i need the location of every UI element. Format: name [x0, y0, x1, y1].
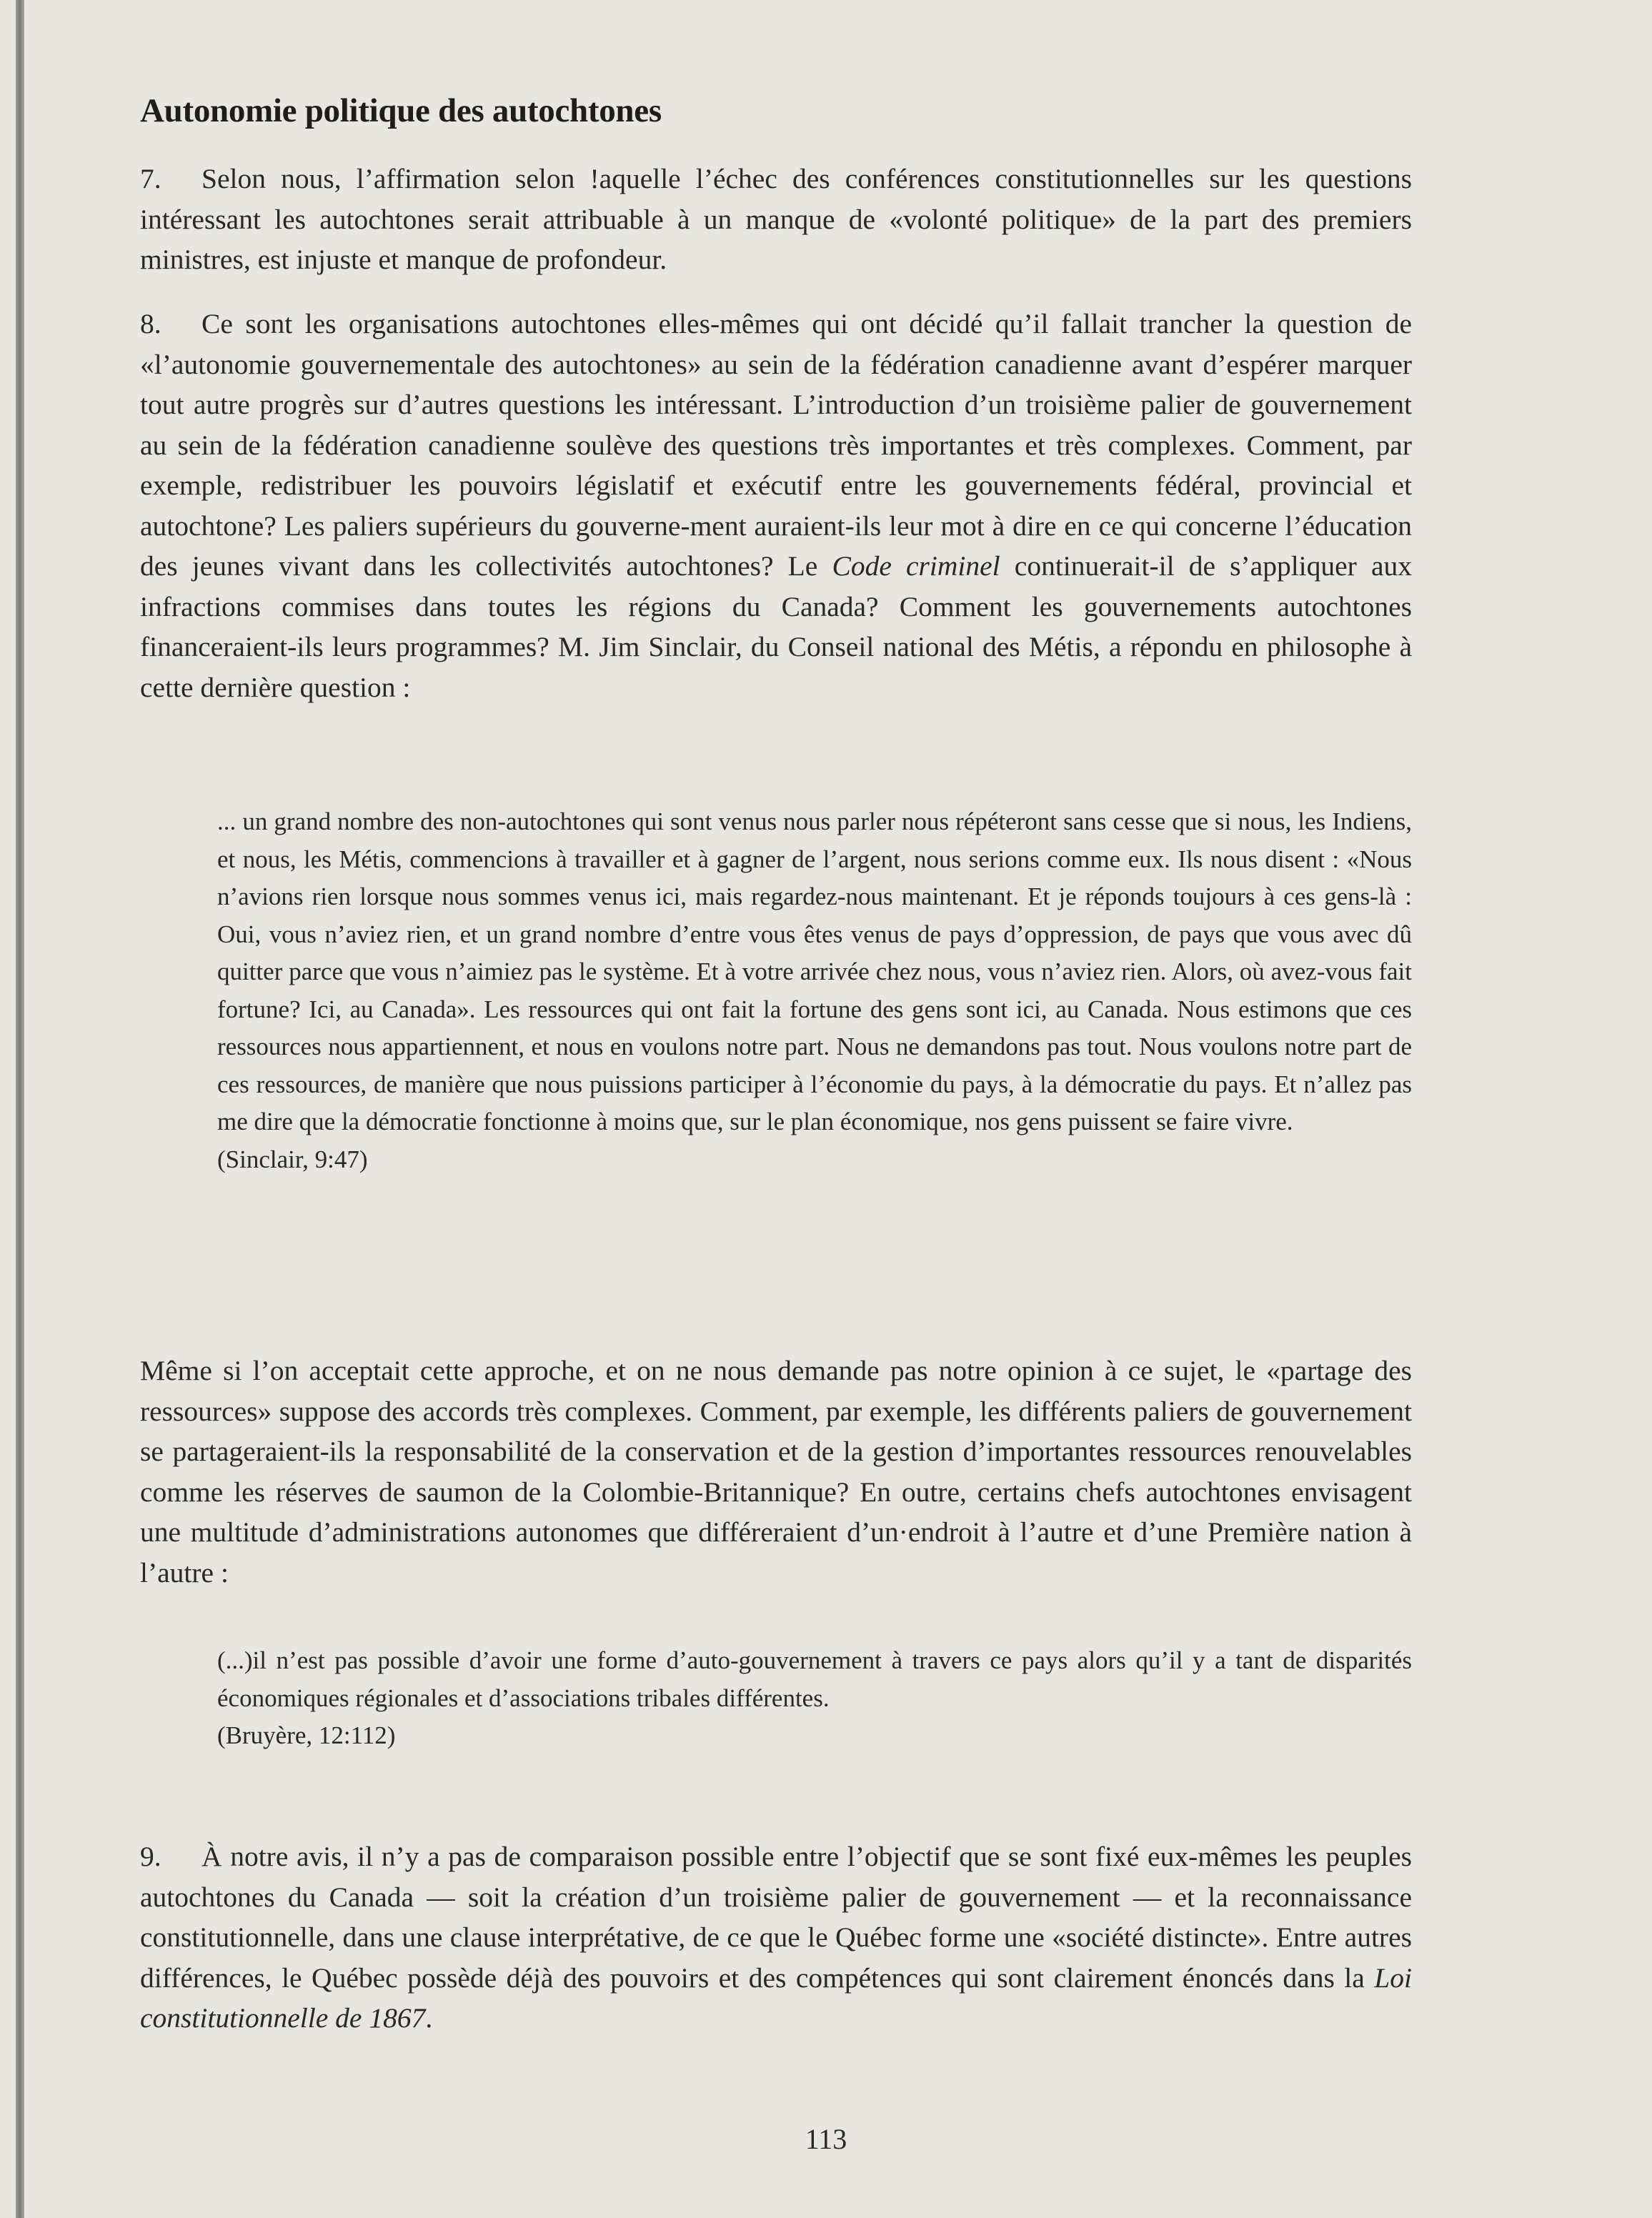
quote-text: (...)il n’est pas possible d’avoir une f…	[217, 1642, 1412, 1717]
paragraph-text: Ce sont les organisations autochtones el…	[140, 308, 1412, 582]
paragraph-text-cont: .	[425, 2002, 432, 2034]
paragraph-number: 9.	[140, 1836, 201, 1877]
italic-title-code-criminel: Code criminel	[832, 550, 1000, 582]
quote-citation: (Sinclair, 9:47)	[217, 1141, 1412, 1179]
quote-text: ... un grand nombre des non-autochtones …	[217, 803, 1412, 1141]
block-quote-sinclair: ... un grand nombre des non-autochtones …	[217, 803, 1412, 1178]
page-number: 113	[0, 2122, 1652, 2156]
quote-citation: (Bruyère, 12:112)	[217, 1717, 1412, 1755]
section-title: Autonomie politique des autochtones	[140, 91, 662, 130]
paragraph-text: Même si l’on acceptait cette approche, e…	[140, 1355, 1412, 1588]
block-quote-bruyere: (...)il n’est pas possible d’avoir une f…	[217, 1642, 1412, 1755]
paragraph-9: 9.À notre avis, il n’y a pas de comparai…	[140, 1836, 1412, 2039]
paragraph-number: 7.	[140, 159, 201, 199]
paragraph-7: 7.Selon nous, l’affirmation selon !aquel…	[140, 159, 1412, 280]
paragraph-8-continued: Même si l’on acceptait cette approche, e…	[140, 1351, 1412, 1593]
scan-edge-line	[16, 0, 24, 2218]
paragraph-number: 8.	[140, 304, 201, 344]
paragraph-8: 8.Ce sont les organisations autochtones …	[140, 304, 1412, 707]
paragraph-text: Selon nous, l’affirmation selon !aquelle…	[140, 163, 1412, 275]
paragraph-text: À notre avis, il n’y a pas de comparaiso…	[140, 1841, 1412, 1994]
